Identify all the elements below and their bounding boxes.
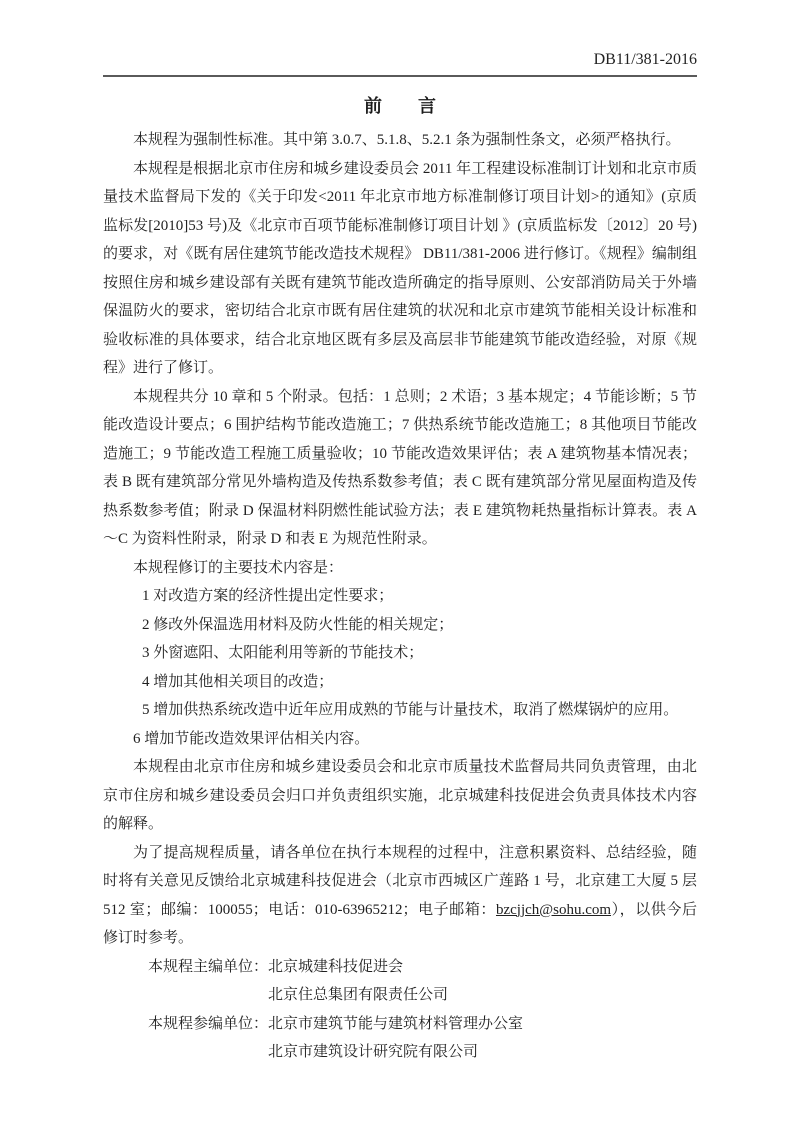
doc-number: DB11/381-2016: [594, 51, 697, 68]
participating-unit-line: 本规程参编单位：北京市建筑节能与建筑材料管理办公室: [103, 1010, 697, 1039]
list-item-1: 1 对改造方案的经济性提出定性要求；: [103, 582, 697, 611]
page-header: DB11/381-2016: [103, 50, 697, 77]
paragraph-revision-intro: 本规程修订的主要技术内容是：: [103, 554, 697, 583]
page-title: 前 言: [103, 94, 697, 118]
list-item-3: 3 外窗遮阳、太阳能利用等新的节能技术；: [103, 639, 697, 668]
paragraph-feedback: 为了提高规程质量，请各单位在执行本规程的过程中，注意积累资料、总结经验，随时将有…: [103, 839, 697, 953]
document-body: 本规程为强制性标准。其中第 3.0.7、5.1.8、5.2.1 条为强制性条文，…: [103, 126, 697, 1067]
paragraph-revision-basis: 本规程是根据北京市住房和城乡建设委员会 2011 年工程建设标准制订计划和北京市…: [103, 155, 697, 383]
paragraph-mandatory-clauses: 本规程为强制性标准。其中第 3.0.7、5.1.8、5.2.1 条为强制性条文，…: [103, 126, 697, 155]
paragraph-contents-overview: 本规程共分 10 章和 5 个附录。包括：1 总则；2 术语；3 基本规定；4 …: [103, 383, 697, 554]
document-page: DB11/381-2016 前 言 本规程为强制性标准。其中第 3.0.7、5.…: [0, 0, 800, 1133]
chief-editor-unit-line: 本规程主编单位：北京城建科技促进会: [103, 953, 697, 982]
list-item-4: 4 增加其他相关项目的改造；: [103, 668, 697, 697]
email-link[interactable]: bzcjjch@sohu.com: [496, 902, 611, 918]
list-item-2: 2 修改外保温选用材料及防火性能的相关规定；: [103, 611, 697, 640]
paragraph-management: 本规程由北京市住房和城乡建设委员会和北京市质量技术监督局共同负责管理，由北京市住…: [103, 753, 697, 839]
list-item-6: 6 增加节能改造效果评估相关内容。: [103, 725, 697, 754]
chief-editor-unit-line-2: 北京住总集团有限责任公司: [103, 981, 697, 1010]
list-item-5: 5 增加供热系统改造中近年应用成熟的节能与计量技术，取消了燃煤锅炉的应用。: [103, 696, 697, 725]
participating-unit-line-2: 北京市建筑设计研究院有限公司: [103, 1038, 697, 1067]
page-content: DB11/381-2016 前 言 本规程为强制性标准。其中第 3.0.7、5.…: [0, 0, 800, 1067]
